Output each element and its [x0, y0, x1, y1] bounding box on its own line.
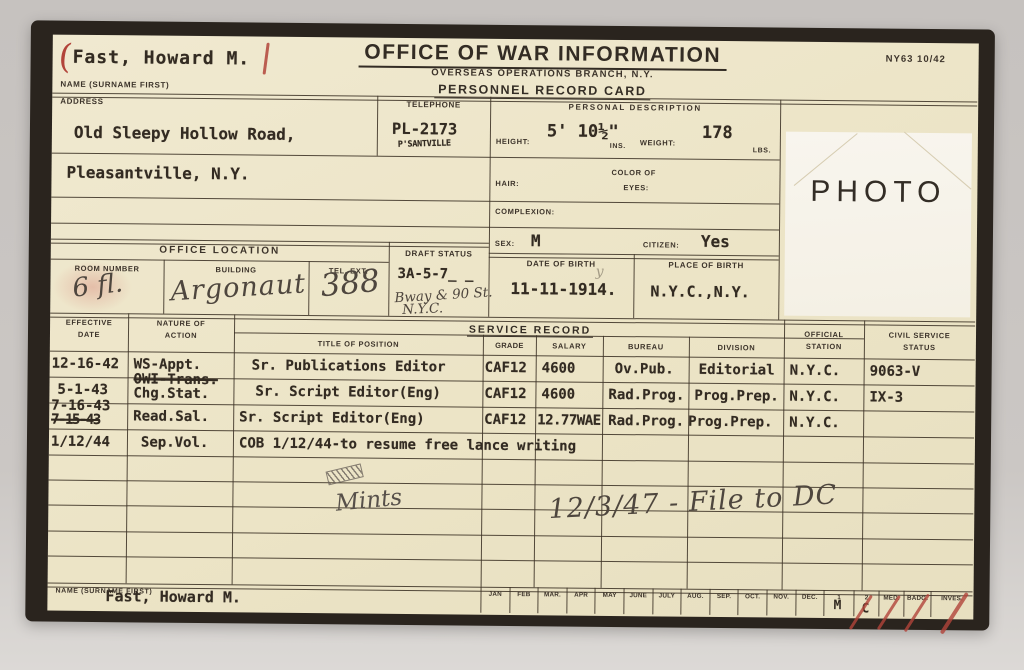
- grid-line: [778, 100, 781, 320]
- room-number-value: 6 fl.: [71, 268, 124, 303]
- col-official-station-line2: STATION: [784, 342, 864, 352]
- handwritten-note-right: 12/3/47 - File to DC: [548, 479, 838, 525]
- month-cell: AUG.: [680, 589, 709, 615]
- cell-bureau: Ov.Pub.: [603, 362, 689, 377]
- month-cell: APR: [566, 588, 595, 614]
- cell-effective-date: 12-16-42: [50, 357, 128, 372]
- cell-grade: CAF12: [483, 361, 536, 376]
- address-label: ADDRESS: [60, 97, 103, 106]
- date-of-birth-label: DATE OF BIRTH: [489, 259, 634, 269]
- col-effective-line1: EFFECTIVE: [50, 318, 128, 328]
- name-field-bottom: Fast, Howard M.: [105, 587, 241, 606]
- handwritten-note-left: Mints: [334, 485, 403, 517]
- citizen-value: Yes: [701, 232, 730, 251]
- lbs-label: LBS.: [753, 147, 771, 154]
- col-division: DIVISION: [689, 343, 784, 353]
- month-cell: NOV.: [766, 589, 795, 615]
- name-label-top: NAME (SURNAME FIRST): [60, 80, 169, 90]
- rule-line: [52, 153, 780, 161]
- telephone-value: PL-2173: [392, 120, 457, 139]
- weight-label: WEIGHT:: [640, 138, 676, 147]
- pencil-check-mark: y: [596, 264, 604, 280]
- cell-separation-note: COB 1/12/44-to resume free lance writing: [233, 436, 863, 456]
- cell-grade: CAF12: [482, 413, 535, 428]
- col-nature-line1: NATURE OF: [128, 318, 234, 328]
- cell-nature-of-action: Read.Sal.: [127, 409, 233, 424]
- col-title-of-position: TITLE OF POSITION: [234, 338, 483, 349]
- month-cell: JULY: [652, 588, 681, 614]
- rule-line: [48, 556, 973, 566]
- month-cell: MAR.: [538, 587, 567, 613]
- eyes-label-line1: COLOR OF: [612, 168, 656, 177]
- col-civil-service-line1: CIVIL SERVICE: [864, 330, 975, 340]
- cell-official-station: N.Y.C.: [783, 416, 863, 431]
- telephone-note: P'SANTVILLE: [398, 138, 451, 149]
- month-cell: OCT.: [738, 589, 767, 615]
- med-cell: MED.: [878, 591, 903, 617]
- month-cell: DEC.: [795, 590, 824, 616]
- cell-division: Prog.Prep.: [688, 415, 783, 430]
- red-stroke-mark-right: [263, 43, 270, 75]
- month-cell: JAN: [480, 587, 509, 613]
- rule-line: [51, 197, 779, 205]
- form-number: NY63 10/42: [886, 54, 946, 66]
- col-salary: SALARY: [536, 341, 603, 351]
- eyes-label-line2: EYES:: [623, 183, 649, 192]
- cell-salary: 12.77WAE: [535, 413, 602, 428]
- citizen-label: CITIZEN:: [643, 240, 680, 249]
- cell-bureau: Rad.Prog.: [602, 414, 688, 429]
- building-value: Argonaut: [170, 268, 307, 307]
- place-of-birth-label: PLACE OF BIRTH: [634, 260, 779, 270]
- cell-bureau: Rad.Prog.: [602, 388, 688, 403]
- col-effective-line2: DATE: [50, 330, 128, 340]
- tel-ext-value: 388: [319, 263, 381, 304]
- cell-civil-service-status: 9063-V: [864, 364, 975, 379]
- draft-status-value: 3A-5-7_ _: [398, 266, 474, 283]
- cell-official-station: N.Y.C.: [784, 364, 864, 379]
- sex-value: M: [531, 231, 541, 250]
- col-civil-service-line2: STATUS: [864, 342, 975, 352]
- date-of-birth-value: 11-11-1914.: [510, 279, 616, 299]
- cell-civil-service-status: [863, 423, 974, 424]
- cell-effective-date: 1/12/44: [49, 435, 127, 450]
- col-grade: GRADE: [483, 341, 536, 351]
- cell-title-of-position: Sr. Script Editor(Eng): [233, 384, 482, 400]
- cell-salary: 4600: [536, 361, 603, 376]
- ins-label: INS.: [610, 143, 626, 150]
- rule-line: [51, 223, 779, 231]
- col-bureau: BUREAU: [603, 342, 689, 352]
- num1-cell: 1 M: [823, 590, 853, 616]
- cell-effective-date: 7-16-43 7-15-43: [49, 398, 127, 427]
- month-cell: MAY: [595, 588, 624, 614]
- photo-label: PHOTO: [785, 175, 971, 211]
- month-cell: SEP.: [709, 589, 738, 615]
- draft-status-label: DRAFT STATUS: [389, 249, 489, 259]
- address-line2: Pleasantville, N.Y.: [66, 163, 249, 184]
- col-official-station-line1: OFFICIAL: [784, 330, 864, 340]
- height-value: 5' 10½": [547, 121, 619, 142]
- personal-description-label: PERSONAL DESCRIPTION: [490, 102, 780, 114]
- cell-civil-service-status: IX-3: [863, 390, 974, 405]
- cell-title-of-position: Sr. Publications Editor: [234, 358, 483, 374]
- cell-nature-of-action: OWI-Trans. Chg.Stat.: [127, 372, 233, 401]
- action-text: Chg.Stat.: [133, 386, 233, 401]
- address-line1: Old Sleepy Hollow Road,: [74, 123, 296, 144]
- typed-m-mark: M: [833, 598, 841, 613]
- cell-grade: CAF12: [482, 387, 535, 402]
- place-of-birth-value: N.Y.C.,N.Y.: [650, 282, 750, 301]
- cell-division: Editorial: [689, 363, 784, 378]
- col-nature-line2: ACTION: [128, 330, 234, 340]
- telephone-label: TELEPHONE: [377, 100, 490, 110]
- month-check-grid: JAN FEB MAR. APR MAY JUNE JULY AUG. SEP.…: [480, 587, 972, 618]
- photo-placeholder-area: [784, 132, 972, 318]
- cell-salary: 4600: [535, 387, 602, 402]
- cell-effective-date: 5-1-43: [49, 383, 127, 398]
- cell-title-of-position: Sr. Script Editor(Eng): [233, 410, 482, 426]
- date-text: 7-16-43: [51, 398, 127, 413]
- personnel-record-card: Fast, Howard M. ( NAME (SURNAME FIRST) O…: [47, 35, 978, 620]
- complexion-label: COMPLEXION:: [495, 207, 555, 217]
- sex-label: SEX:: [495, 239, 515, 248]
- height-label: HEIGHT:: [496, 137, 530, 146]
- office-location-label: OFFICE LOCATION: [51, 244, 389, 258]
- cell-nature-of-action: WS-Appt.: [128, 357, 234, 372]
- photographed-card-group: Fast, Howard M. ( NAME (SURNAME FIRST) O…: [0, 0, 1024, 670]
- cell-division: Prog.Prep.: [688, 389, 783, 404]
- name-field-top: Fast, Howard M.: [73, 47, 251, 70]
- rule-line: [48, 531, 973, 541]
- cell-nature-of-action: Sep.Vol.: [127, 435, 233, 450]
- red-paren-mark-left: (: [56, 36, 74, 77]
- cell-official-station: N.Y.C.: [783, 390, 863, 405]
- struck-date-text: 7-15-43: [51, 412, 127, 427]
- hair-label: HAIR:: [495, 179, 519, 188]
- month-cell: JUNE: [623, 588, 652, 614]
- month-cell: FEB: [509, 587, 538, 613]
- weight-value: 178: [702, 123, 733, 143]
